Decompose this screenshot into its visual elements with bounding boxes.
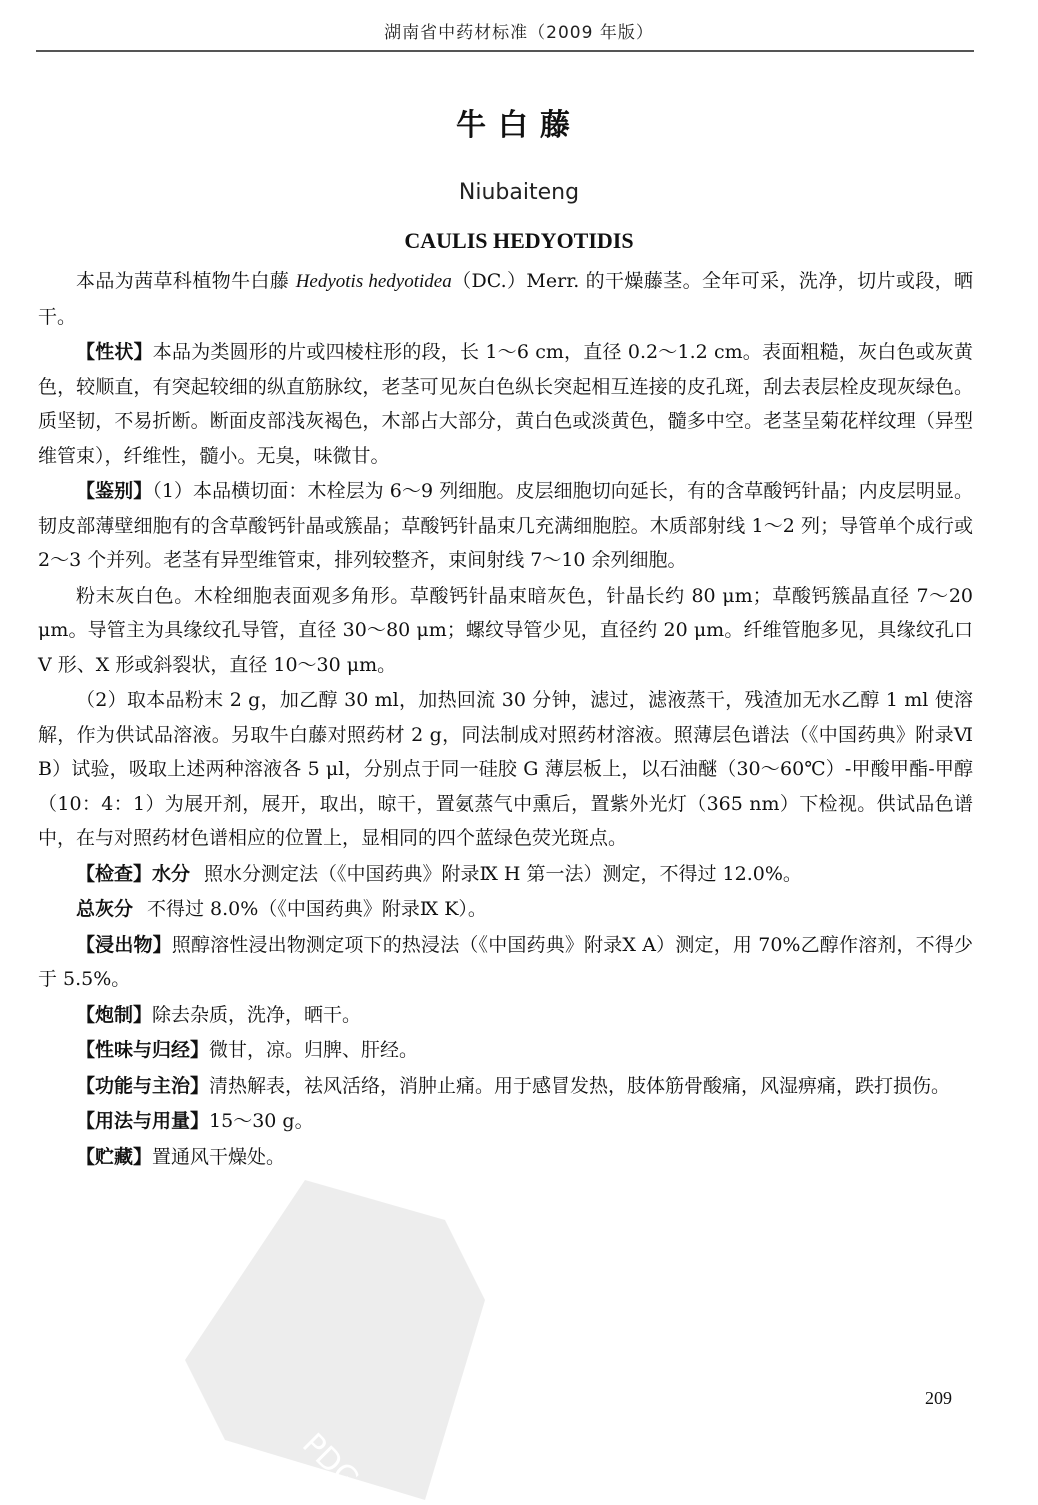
watermark-seal-icon: PDG (185, 1180, 515, 1500)
page-title: 牛白藤 (0, 100, 1038, 144)
document-body: 本品为茜草科植物牛白藤 Hedyotis hedyotidea（DC.）Merr… (38, 264, 973, 1175)
section-identification-tlc: （2）取本品粉末 2 g，加乙醇 30 ml，加热回流 30 分钟，滤过，滤液蒸… (38, 683, 973, 856)
header-rule (36, 50, 974, 52)
watermark-text: PDG (295, 1427, 365, 1497)
section-nature-meridian: 【性味与归经】微甘，凉。归脾、肝经。 (38, 1033, 973, 1068)
intro-paragraph: 本品为茜草科植物牛白藤 Hedyotis hedyotidea（DC.）Merr… (38, 264, 973, 334)
section-inspection-ash: 总灰分不得过 8.0%（《中国药典》附录Ⅸ K）。 (38, 892, 973, 927)
section-extractives: 【浸出物】照醇溶性浸出物测定项下的热浸法（《中国药典》附录Ⅹ A）测定，用 70… (38, 928, 973, 997)
section-storage: 【贮藏】置通风干燥处。 (38, 1140, 973, 1175)
page-number: 209 (925, 1388, 952, 1409)
running-header: 湖南省中药材标准（2009 年版） (0, 18, 1038, 43)
section-identification-powder: 粉末灰白色。木栓细胞表面观多角形。草酸钙针晶束暗灰色，针晶长约 80 μm；草酸… (38, 579, 973, 683)
title-pinyin: Niubaiteng (0, 180, 1038, 205)
section-appearance: 【性状】本品为类圆形的片或四棱柱形的段，长 1～6 cm，直径 0.2～1.2 … (38, 335, 973, 473)
section-inspection-moisture: 【检查】水分照水分测定法（《中国药典》附录Ⅸ H 第一法）测定，不得过 12.0… (38, 857, 973, 892)
latin-species-name: Hedyotis hedyotidea (296, 271, 452, 292)
title-latin: CAULIS HEDYOTIDIS (0, 228, 1038, 254)
section-dosage: 【用法与用量】15～30 g。 (38, 1104, 973, 1139)
section-identification: 【鉴别】（1）本品横切面：木栓层为 6～9 列细胞。皮层细胞切向延长，有的含草酸… (38, 474, 973, 578)
section-processing: 【炮制】除去杂质，洗净，晒干。 (38, 998, 973, 1033)
section-function-indication: 【功能与主治】清热解表，祛风活络，消肿止痛。用于感冒发热，肢体筋骨酸痛，风湿痹痛… (38, 1069, 973, 1104)
